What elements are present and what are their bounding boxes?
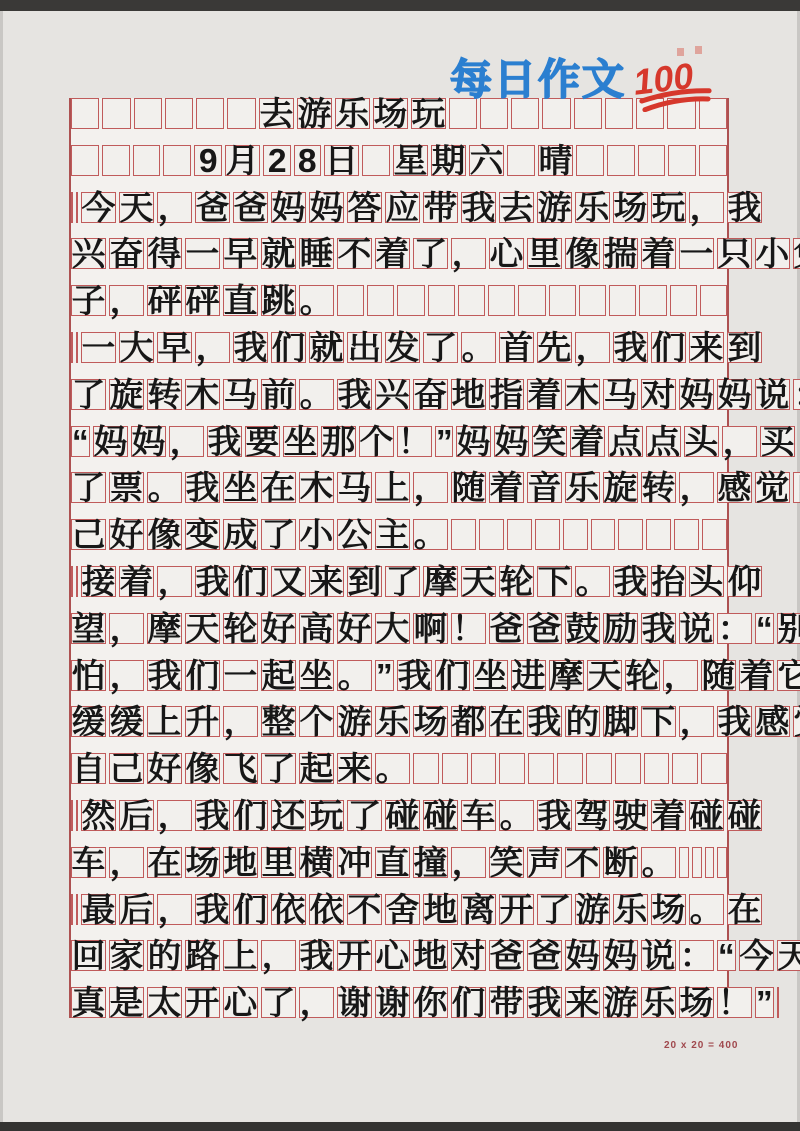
- grid-cell: 着: [527, 379, 562, 410]
- grid-cell: 下: [641, 706, 676, 737]
- grid-cell: 不: [565, 847, 600, 878]
- handwritten-char: ，: [158, 800, 192, 831]
- handwritten-char: 乐: [642, 987, 676, 1018]
- grid-cell: 游: [297, 98, 332, 129]
- handwritten-char: 了: [262, 987, 296, 1018]
- grid-cell: 最: [81, 894, 116, 925]
- handwritten-char: 缓: [72, 706, 106, 737]
- grid-cell: 了: [537, 894, 572, 925]
- handwritten-char: 天: [120, 192, 154, 223]
- grid-cell: 只: [717, 238, 752, 269]
- handwritten-char: 小: [756, 238, 790, 269]
- handwritten-char: 谢: [338, 987, 372, 1018]
- handwritten-char: 感: [718, 472, 752, 503]
- grid-cell: 我: [147, 660, 182, 691]
- grid-cell: 。: [641, 847, 676, 878]
- handwritten-char: 我: [528, 987, 562, 1018]
- grid-cell: 场: [613, 192, 648, 223]
- grid-row-9: 了票。我坐在木马上，随着音乐旋转，感觉自: [71, 472, 727, 503]
- grid-row-13: 怕，我们一起坐。”我们坐进摩天轮，随着它: [71, 660, 727, 691]
- grid-cell: ！: [397, 426, 432, 457]
- handwritten-char: 着: [642, 238, 676, 269]
- handwritten-char: ，: [300, 987, 334, 1018]
- handwritten-char: 们: [234, 566, 268, 597]
- grid-cell: 我: [527, 987, 562, 1018]
- handwritten-char: 。: [576, 566, 610, 597]
- grid-cell: 兴: [375, 379, 410, 410]
- grid-cell: 我: [613, 332, 648, 363]
- grid-cell: 上: [375, 472, 410, 503]
- grid-cell: [76, 192, 78, 223]
- grid-cell: 后: [119, 894, 154, 925]
- grid-cell: 车: [461, 800, 496, 831]
- grid-cell: ”: [435, 426, 454, 457]
- grid-cell: 指: [489, 379, 524, 410]
- grid-cell: 妈: [456, 426, 491, 457]
- handwritten-char: 碰: [690, 800, 724, 831]
- grid-cell: 天: [461, 566, 496, 597]
- grid-cell: 了: [413, 238, 448, 269]
- grid-cell: 9: [194, 145, 222, 176]
- grid-cell: 觉: [793, 706, 800, 737]
- grid-cell: 去: [499, 192, 534, 223]
- grid-cell: 是: [109, 987, 144, 1018]
- grid-cell: [71, 98, 99, 129]
- handwritten-char: 那: [321, 426, 355, 457]
- grid-cell: [133, 145, 161, 176]
- handwritten-char: 乐: [614, 894, 648, 925]
- grid-cell: 着: [375, 238, 410, 269]
- handwritten-char: 转: [642, 472, 676, 503]
- grid-cell: [397, 285, 424, 316]
- handwritten-char: 开: [186, 987, 220, 1018]
- grid-cell: 撞: [413, 847, 448, 878]
- handwritten-char: 了: [262, 519, 296, 550]
- handwritten-char: 起: [300, 753, 334, 784]
- handwritten-char: 音: [528, 472, 562, 503]
- handwritten-char: 我: [196, 566, 230, 597]
- handwritten-char: 发: [386, 332, 420, 363]
- handwritten-char: 指: [490, 379, 524, 410]
- handwritten-char: ，: [158, 894, 192, 925]
- handwritten-char: 游: [297, 98, 331, 129]
- grid-cell: 像: [147, 519, 182, 550]
- grid-cell: ”: [375, 660, 394, 691]
- handwritten-char: 们: [234, 894, 268, 925]
- grid-cell: 断: [603, 847, 638, 878]
- grid-cell: 像: [185, 753, 220, 784]
- handwritten-char: 轮: [224, 613, 258, 644]
- handwritten-char: 到: [728, 332, 762, 363]
- grid-cell: 。: [499, 800, 534, 831]
- handwritten-char: 坐: [224, 472, 258, 503]
- handwritten-char: 爸: [528, 940, 562, 971]
- handwritten-char: 望: [72, 613, 106, 644]
- grid-cell: 我: [461, 192, 496, 223]
- grid-cell: 小: [299, 519, 334, 550]
- handwritten-char: 驾: [576, 800, 610, 831]
- handwritten-char: 爸: [528, 613, 562, 644]
- grid-cell: 我: [337, 379, 372, 410]
- handwritten-char: 驶: [614, 800, 648, 831]
- handwritten-char: 们: [234, 800, 268, 831]
- handwritten-char: 了: [386, 566, 420, 597]
- grid-cell: 乐: [575, 192, 610, 223]
- grid-cell: [413, 753, 439, 784]
- grid-cell: 木: [185, 379, 220, 410]
- grid-cell: 着: [739, 660, 774, 691]
- handwritten-char: 我: [338, 379, 372, 410]
- grid-cell: ！: [717, 987, 752, 1018]
- handwritten-char: 子: [72, 285, 106, 316]
- handwritten-char: 来: [566, 987, 600, 1018]
- handwritten-char: 去: [500, 192, 534, 223]
- grid-cell: 游: [337, 706, 372, 737]
- handwritten-char: ”: [376, 660, 393, 691]
- grid-cell: [549, 285, 576, 316]
- handwritten-char: 买: [761, 426, 795, 457]
- handwritten-char: 玩: [310, 800, 344, 831]
- grid-cell: 出: [347, 332, 382, 363]
- grid-cell: [471, 753, 497, 784]
- grid-cell: 碰: [423, 800, 458, 831]
- handwritten-char: 太: [148, 987, 182, 1018]
- handwritten-char: 我: [614, 566, 648, 597]
- grid-cell: 又: [271, 566, 306, 597]
- handwritten-char: 小: [300, 519, 334, 550]
- handwritten-char: 我: [186, 472, 220, 503]
- handwritten-char: 心: [376, 940, 410, 971]
- handwritten-char: 脚: [604, 706, 638, 737]
- grid-cell: 日: [324, 145, 359, 176]
- handwritten-char: 旋: [604, 472, 638, 503]
- handwritten-char: 摩: [549, 660, 583, 691]
- grid-cell: 大: [119, 332, 154, 363]
- handwritten-char: 起: [262, 660, 296, 691]
- grid-cell: 转: [641, 472, 676, 503]
- handwritten-char: 场: [680, 987, 714, 1018]
- handwritten-char: 谢: [376, 987, 410, 1018]
- grid-cell: 里: [527, 238, 562, 269]
- grid-cell: 们: [233, 566, 268, 597]
- scan-left-edge: [0, 0, 3, 1131]
- handwritten-char: 妈: [604, 940, 638, 971]
- grid-cell: [134, 98, 162, 129]
- grid-cell: 家: [109, 940, 144, 971]
- handwritten-char: 开: [338, 940, 372, 971]
- grid-cell: 上: [147, 706, 182, 737]
- grid-cell: [644, 753, 670, 784]
- grid-cell: 在: [489, 706, 524, 737]
- handwritten-char: ，: [169, 426, 203, 457]
- grid-cell: 那: [321, 426, 356, 457]
- handwritten-char: 你: [414, 987, 448, 1018]
- grid-cell: 。: [575, 566, 610, 597]
- handwritten-char: “: [72, 426, 89, 457]
- grid-cell: 轮: [223, 613, 258, 644]
- grid-cell: 星: [393, 145, 428, 176]
- grid-cell: 天: [777, 940, 800, 971]
- grid-cell: [76, 800, 78, 831]
- handwritten-char: 了: [538, 894, 572, 925]
- grid-cell: 好: [261, 613, 296, 644]
- grid-cell: [638, 145, 666, 176]
- grid-row-3: 今天，爸爸妈妈答应带我去游乐场玩，我: [71, 192, 727, 223]
- handwritten-char: 我: [397, 660, 431, 691]
- handwritten-char: 成: [224, 519, 258, 550]
- grid-cell: 己: [109, 753, 144, 784]
- handwritten-char: 一: [82, 332, 116, 363]
- handwritten-char: 仰: [728, 566, 762, 597]
- handwritten-char: 在: [490, 706, 524, 737]
- grid-cell: 乐: [613, 894, 648, 925]
- grid-cell: 应: [385, 192, 420, 223]
- handwritten-char: 上: [148, 706, 182, 737]
- grid-cell: 场: [679, 987, 714, 1018]
- grid-cell: 旋: [109, 379, 144, 410]
- handwritten-char: 场: [614, 192, 648, 223]
- handwritten-char: 。: [462, 332, 496, 363]
- grid-cell: 碰: [727, 800, 762, 831]
- grid-cell: 己: [71, 519, 106, 550]
- handwritten-char: 月: [226, 145, 260, 176]
- grid-cell: [668, 145, 696, 176]
- grid-cell: 前: [261, 379, 296, 410]
- handwritten-char: 乐: [335, 98, 369, 129]
- grid-cell: 了: [347, 800, 382, 831]
- grid-cell: 一: [223, 660, 258, 691]
- handwritten-char: 一: [680, 238, 714, 269]
- handwritten-char: 像: [148, 519, 182, 550]
- grid-cell: [591, 519, 616, 550]
- handwritten-char: 我: [642, 613, 676, 644]
- handwritten-char: 一: [186, 238, 220, 269]
- grid-cell: ，: [299, 987, 334, 1018]
- grid-cell: 砰: [147, 285, 182, 316]
- grid-cell: [71, 566, 73, 597]
- grid-cell: 缓: [109, 706, 144, 737]
- grid-cell: 说: [679, 613, 714, 644]
- handwritten-char: 妈: [310, 192, 344, 223]
- handwritten-char: 场: [373, 98, 407, 129]
- grid-cell: ，: [157, 192, 192, 223]
- handwritten-char: ，: [452, 238, 486, 269]
- grid-cell: 我: [717, 706, 752, 737]
- handwritten-char: 就: [262, 238, 296, 269]
- handwritten-char: 妈: [566, 940, 600, 971]
- grid-cell: 鼓: [565, 613, 600, 644]
- handwritten-char: 了: [72, 472, 106, 503]
- grid-cell: [607, 145, 635, 176]
- grid-cell: 场: [651, 894, 686, 925]
- handwritten-char: 妈: [131, 426, 165, 457]
- handwritten-char: ：: [794, 379, 800, 410]
- grid-cell: ：: [717, 613, 752, 644]
- handwritten-char: 大: [120, 332, 154, 363]
- grid-cell: 接: [81, 566, 116, 597]
- handwritten-char: 我: [614, 332, 648, 363]
- grid-cell: 我: [397, 660, 432, 691]
- grid-cell: 变: [185, 519, 220, 550]
- grid-cell: 我: [527, 706, 562, 737]
- grid-cell: 好: [147, 753, 182, 784]
- handwritten-char: ！: [452, 613, 486, 644]
- grid-cell: 头: [689, 566, 724, 597]
- grid-cell: [499, 753, 525, 784]
- grid-cell: 摩: [423, 566, 458, 597]
- handwritten-char: 乐: [566, 472, 600, 503]
- grid-cell: 爸: [233, 192, 268, 223]
- handwritten-char: 了: [72, 379, 106, 410]
- grid-cell: 玩: [309, 800, 344, 831]
- grid-cell: [196, 98, 224, 129]
- handwritten-char: 天: [777, 940, 800, 971]
- handwritten-char: 我: [207, 426, 241, 457]
- handwritten-char: 木: [566, 379, 600, 410]
- grid-cell: [557, 753, 583, 784]
- grid-cell: 着: [641, 238, 676, 269]
- grid-cell: [670, 285, 697, 316]
- handwritten-char: 轮: [500, 566, 534, 597]
- handwritten-char: 要: [245, 426, 279, 457]
- grid-cell: 公: [337, 519, 372, 550]
- handwritten-char: 笑: [490, 847, 524, 878]
- grid-cell: 直: [375, 847, 410, 878]
- handwritten-char: 木: [186, 379, 220, 410]
- handwritten-char: 整: [262, 706, 296, 737]
- grid-cell: ，: [169, 426, 204, 457]
- grid-cell: 感: [717, 472, 752, 503]
- handwritten-char: ”: [435, 426, 452, 457]
- handwritten-char: 飞: [224, 753, 258, 784]
- handwritten-char: 我: [148, 660, 182, 691]
- grid-cell: 妈: [309, 192, 344, 223]
- handwritten-char: 妈: [718, 379, 752, 410]
- handwritten-char: 场: [414, 706, 448, 737]
- handwritten-char: 上: [376, 472, 410, 503]
- grid-cell: [71, 894, 73, 925]
- grid-cell: 我: [537, 800, 572, 831]
- grid-cell: 马: [603, 379, 638, 410]
- handwritten-char: ，: [576, 332, 610, 363]
- grid-cell: [76, 332, 78, 363]
- handwritten-char: 游: [538, 192, 572, 223]
- grid-cell: [163, 145, 191, 176]
- grid-cell: [692, 847, 702, 878]
- handwritten-char: 前: [262, 379, 296, 410]
- grid-cell: 头: [684, 426, 719, 457]
- handwritten-char: 带: [424, 192, 458, 223]
- handwritten-char: ，: [110, 660, 144, 691]
- handwritten-char: 们: [272, 332, 306, 363]
- grid-row-10: 己好像变成了小公主。: [71, 519, 727, 550]
- grid-cell: 地: [223, 847, 258, 878]
- handwritten-char: 地: [452, 379, 486, 410]
- handwritten-char: 坐: [283, 426, 317, 457]
- grid-cell: 转: [147, 379, 182, 410]
- grid-cell: [76, 566, 78, 597]
- grid-cell: 妈: [271, 192, 306, 223]
- handwritten-char: 坐: [473, 660, 507, 691]
- grid-cell: 六: [469, 145, 504, 176]
- handwritten-char: 又: [272, 566, 306, 597]
- grid-cell: 啊: [413, 613, 448, 644]
- grid-cell: 开: [337, 940, 372, 971]
- grid-cell: 横: [299, 847, 334, 878]
- handwritten-char: 头: [685, 426, 719, 457]
- grid-cell: 天: [119, 192, 154, 223]
- handwritten-char: 然: [82, 800, 116, 831]
- handwritten-char: 。: [414, 519, 448, 550]
- handwritten-char: 应: [386, 192, 420, 223]
- grid-row-2: 9月28日星期六晴: [71, 145, 727, 176]
- handwritten-char: ，: [196, 332, 230, 363]
- grid-row-16: 然后，我们还玩了碰碰车。我驾驶着碰碰: [71, 800, 727, 831]
- grid-cell: ，: [109, 660, 144, 691]
- grid-cell: 碰: [689, 800, 724, 831]
- handwritten-char: 头: [690, 566, 724, 597]
- grid-cell: [586, 753, 612, 784]
- grid-cell: 我: [195, 800, 230, 831]
- grid-cell: 们: [651, 332, 686, 363]
- grid-cell: 不: [337, 238, 372, 269]
- grid-cell: [705, 847, 715, 878]
- grid-cell: 对: [641, 379, 676, 410]
- handwritten-char: 们: [452, 987, 486, 1018]
- handwritten-char: 车: [72, 847, 106, 878]
- grid-cell: 了: [261, 753, 296, 784]
- handwritten-char: 后: [120, 894, 154, 925]
- grid-cell: 期: [431, 145, 466, 176]
- grid-cell: 太: [147, 987, 182, 1018]
- grid-row-19: 回家的路上，我开心地对爸爸妈妈说：“今天: [71, 940, 727, 971]
- handwritten-char: 不: [566, 847, 600, 878]
- handwritten-char: 只: [718, 238, 752, 269]
- grid-cell: 车: [71, 847, 106, 878]
- handwritten-char: 睡: [300, 238, 334, 269]
- handwritten-char: 妈: [457, 426, 491, 457]
- grid-cell: 自: [793, 472, 800, 503]
- grid-cell: 点: [608, 426, 643, 457]
- handwritten-char: 我: [528, 706, 562, 737]
- handwritten-char: ！: [718, 987, 752, 1018]
- grid-cell: 爸: [527, 613, 562, 644]
- handwritten-char: 变: [186, 519, 220, 550]
- grid-cell: 我: [185, 472, 220, 503]
- grid-cell: 在: [147, 847, 182, 878]
- grid-cell: [428, 285, 455, 316]
- grid-cell: [458, 285, 485, 316]
- handwritten-char: 鼓: [566, 613, 600, 644]
- grid-cell: 开: [185, 987, 220, 1018]
- grid-cell: 里: [261, 847, 296, 878]
- handwritten-char: 觉: [756, 472, 790, 503]
- grid-cell: [615, 753, 641, 784]
- grid-cell: 坐: [283, 426, 318, 457]
- handwritten-char: 我: [234, 332, 268, 363]
- grid-cell: 天: [185, 613, 220, 644]
- handwritten-char: ，: [680, 472, 714, 503]
- grid-cell: 到: [727, 332, 762, 363]
- grid-cell: 场: [185, 847, 220, 878]
- grid-cell: 砰: [185, 285, 220, 316]
- handwritten-char: 最: [82, 894, 116, 925]
- grid-cell: [71, 332, 73, 363]
- handwritten-char: 妈: [272, 192, 306, 223]
- grid-cell: 兴: [71, 238, 106, 269]
- handwritten-char: 。: [300, 285, 334, 316]
- handwritten-char: 地: [224, 847, 258, 878]
